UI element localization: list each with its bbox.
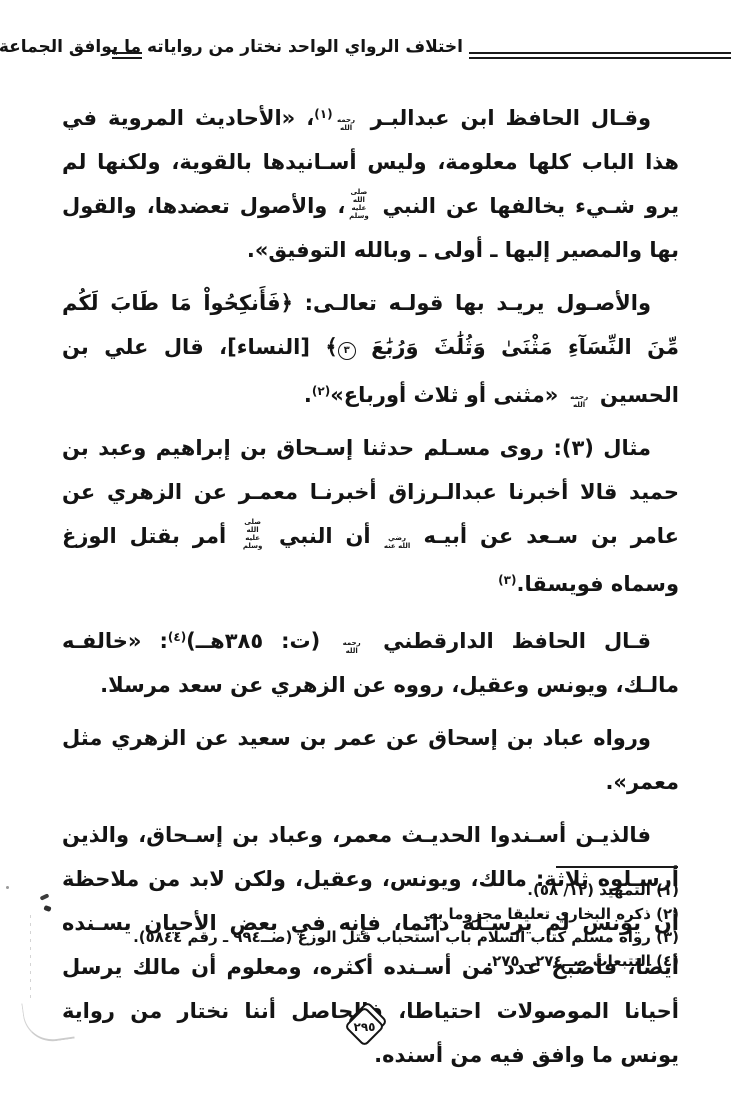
sallallahu-alayhi-wasallam-seal-icon: صلى الله عليه وسلم — [239, 518, 266, 550]
scan-artifact-mark — [43, 905, 51, 912]
paragraph-daraqutni: قـال الحافظ الدارقطني رحمه الله (ت: ٣٨٥ه… — [62, 615, 679, 707]
scan-artifact-mark — [40, 893, 50, 900]
footnote-ref-1: (١) — [314, 107, 332, 121]
ayah-number-badge: ٣ — [338, 342, 356, 360]
header-rule-right — [469, 52, 731, 59]
rahimahullah-seal-icon: رحمه الله — [338, 639, 365, 655]
paragraph-quran-verse: والأصـول يريـد بها قولـه تعالـى: ﴿فَأَنك… — [62, 281, 679, 417]
text-run: «مثنى أو ثلاث أورباع» — [330, 383, 565, 407]
footnotes-block: (١) التمهيد (١٢/ ٥٨). (٢) ذكره البخاري ت… — [55, 879, 679, 973]
footnote-2: (٢) ذكره البخاري تعليقا مجزوما به. — [55, 903, 679, 927]
header-rule-left — [112, 52, 142, 59]
scan-artifact-dot — [6, 886, 9, 889]
chapter-title: اختلاف الرواي الواحد نختار من رواياته ما… — [0, 37, 463, 57]
rahimahullah-seal-icon: رحمه الله — [333, 116, 360, 132]
footnote-separator-rule — [556, 866, 678, 868]
text-run: وقـال الحافظ ابن عبدالبـر — [360, 106, 651, 130]
ornate-open-bracket: ﴿ — [281, 291, 293, 315]
text-run: ورواه عباد بن إسحاق عن عمر بن سعيد عن ال… — [62, 726, 679, 794]
footnote-3: (٣) رواه مسلم كتاب السلام باب استحباب قت… — [55, 926, 679, 950]
page-number-ornament: ٢٩٥ — [350, 1012, 384, 1046]
sallallahu-alayhi-wasallam-seal-icon: صلى الله عليه وسلم — [345, 188, 372, 220]
paragraph-example-3: مثال (٣): روى مسـلم حدثنا إسـحاق بن إبرا… — [62, 426, 679, 606]
footnote-4: (٤) التتبعات صــ٢٧٤ ـ ٢٧٥. — [55, 950, 679, 974]
text-run: والأصـول يريـد بها قولـه تعالـى: — [293, 291, 651, 315]
scan-artifact-line — [30, 915, 31, 1000]
text-run: أن النبي — [266, 524, 383, 548]
page-number: ٢٩٥ — [354, 1019, 376, 1033]
text-run: قـال الحافظ الدارقطني — [365, 629, 651, 653]
footnote-1: (١) التمهيد (١٢/ ٥٨). — [55, 879, 679, 903]
text-run: (ت: ٣٨٥هــ) — [186, 629, 338, 653]
rahimahullah-seal-icon: رحمه الله — [566, 393, 593, 409]
ornate-close-bracket: ﴾ — [325, 335, 337, 359]
radiallahu-anhu-seal-icon: رضي الله عنه — [384, 534, 411, 550]
paragraph-ibn-abdelbarr: وقـال الحافظ ابن عبدالبـر رحمه الله(١)، … — [62, 92, 679, 272]
footnote-ref-3: (٣) — [498, 573, 516, 587]
paragraph-abbad: ورواه عباد بن إسحاق عن عمر بن سعيد عن ال… — [62, 716, 679, 804]
footnote-ref-2: (٢) — [312, 384, 330, 398]
footnote-ref-4: (٤) — [168, 630, 186, 644]
text-run: . — [304, 383, 312, 407]
